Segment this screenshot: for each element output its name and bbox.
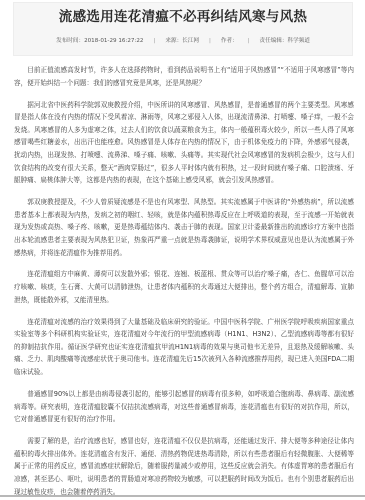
editor-value: 科学频道: [288, 38, 310, 44]
paragraph: 连花清瘟对流感的治疗效果得到了大量基础及临床研究的验证。中国中医科学院、广州医学…: [14, 316, 354, 379]
source-label: 来源：: [165, 38, 182, 44]
author-label: 作者：: [221, 38, 238, 44]
article-title: 流感选用连花清瘟不必再纠结风寒与风热: [14, 8, 352, 26]
publish-time-label: 发布时间：: [56, 38, 84, 44]
paragraph: 郭双庚教授提及，不少人曾质疑流感是不是也有风寒型、风热型。其实流感属于中医讲的“…: [14, 196, 354, 259]
paragraph: 目前正值流感高发时节，许多人在选择药物时，看到药品说明书上有“适用于风热感冒”“…: [14, 64, 354, 89]
publish-time-value: 2018-01-29 16:27:22: [84, 38, 143, 44]
paragraph: 连花清瘟组方中麻黄、薄荷可以发散外邪；银花、连翘、板蓝根、贯众等可以治疗嗓子痛，…: [14, 268, 354, 306]
bottom-divider: [0, 495, 365, 497]
source: 来源：长江网: [165, 36, 199, 46]
author: 作者：: [221, 36, 238, 46]
meta-separator: |: [209, 36, 211, 46]
editor: 责任编辑：科学频道: [260, 36, 310, 46]
paragraph: 据河北省中医药科学院郭双庚教授介绍，中医所讲的风寒感冒、风热感冒，是普通感冒的两…: [14, 99, 354, 187]
source-value[interactable]: 长江网: [182, 38, 199, 44]
paragraph: 需要了解的是，治疗流感也好，感冒也好，连花清瘟不仅仅是抗病毒，还能通过发汗、排大…: [14, 435, 354, 498]
article-meta: 发布时间：2018-01-29 16:27:22 | 来源：长江网 | 作者： …: [14, 36, 352, 46]
paragraph: 普通感冒90%以上都是由病毒侵袭引起的，能够引起感冒的病毒有很多种，如呼吸道合胞…: [14, 388, 354, 426]
article-body: 目前正值流感高发时节，许多人在选择药物时，看到药品说明书上有“适用于风热感冒”“…: [14, 64, 354, 500]
publish-time: 发布时间：2018-01-29 16:27:22: [56, 36, 143, 46]
editor-label: 责任编辑：: [260, 38, 288, 44]
meta-separator: |: [153, 36, 155, 46]
article-header: 流感选用连花清瘟不必再纠结风寒与风热 发布时间：2018-01-29 16:27…: [13, 2, 353, 56]
meta-separator: |: [248, 36, 250, 46]
